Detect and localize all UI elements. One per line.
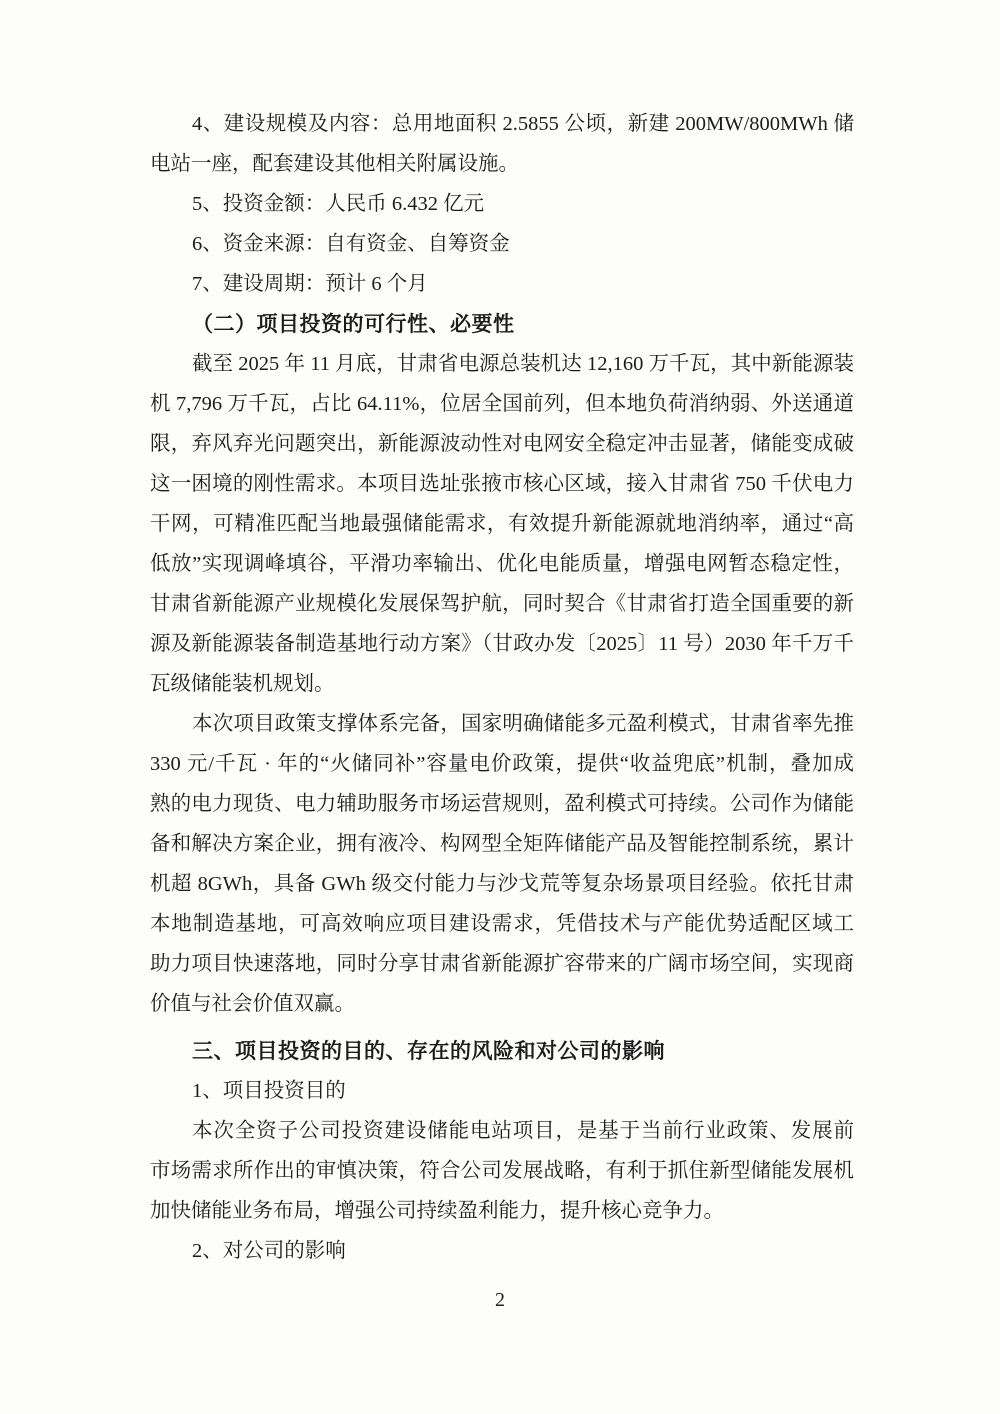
- page-number: 2: [0, 1286, 1000, 1314]
- text-line: 机超 8GWh，具备 GWh 级交付能力与沙戈荒等复杂场景项目经验。依托甘肃省: [150, 864, 854, 904]
- section-heading: 三、项目投资的目的、存在的风险和对公司的影响: [150, 1031, 854, 1071]
- text-line: 4、建设规模及内容：总用地面积 2.5855 公顷，新建 200MW/800MW…: [150, 104, 854, 144]
- text-line: 本地制造基地，可高效响应项目建设需求，凭借技术与产能优势适配区域工况，: [150, 904, 854, 944]
- text-line: 1、项目投资目的: [150, 1071, 854, 1111]
- text-line: 源及新能源装备制造基地行动方案》（甘政办发〔2025〕11 号）2030 年千万…: [150, 624, 854, 664]
- text-line: 330 元/千瓦 · 年的“火储同补”容量电价政策，提供“收益兜底”机制，叠加成: [150, 744, 854, 784]
- text-line: 5、投资金额：人民币 6.432 亿元: [150, 184, 854, 224]
- text-line: 瓦级储能装机规划。: [150, 664, 854, 704]
- text-line: 助力项目快速落地，同时分享甘肃省新能源扩容带来的广阔市场空间，实现商业: [150, 944, 854, 984]
- text-line: 这一困境的刚性需求。本项目选址张掖市核心区域，接入甘肃省 750 千伏电力主: [150, 464, 854, 504]
- text-line: 6、资金来源：自有资金、自筹资金: [150, 224, 854, 264]
- text-line: 2、对公司的影响: [150, 1231, 854, 1271]
- text-line: 加快储能业务布局，增强公司持续盈利能力，提升核心竞争力。: [150, 1191, 854, 1231]
- text-line: 熟的电力现货、电力辅助服务市场运营规则，盈利模式可持续。公司作为储能设: [150, 784, 854, 824]
- text-line: 电站一座，配套建设其他相关附属设施。: [150, 144, 854, 184]
- text-line: 本次全资子公司投资建设储能电站项目，是基于当前行业政策、发展前景、: [150, 1111, 854, 1151]
- section-heading: （二）项目投资的可行性、必要性: [150, 304, 854, 344]
- text-line: 甘肃省新能源产业规模化发展保驾护航，同时契合《甘肃省打造全国重要的新能: [150, 584, 854, 624]
- text-line: 本次项目政策支撑体系完备，国家明确储能多元盈利模式，甘肃省率先推出: [150, 704, 854, 744]
- document-page: 4、建设规模及内容：总用地面积 2.5855 公顷，新建 200MW/800MW…: [0, 0, 1000, 1414]
- text-line: 7、建设周期：预计 6 个月: [150, 264, 854, 304]
- text-line: 价值与社会价值双赢。: [150, 984, 854, 1024]
- text-line: 限，弃风弃光问题突出，新能源波动性对电网安全稳定冲击显著，储能变成破解: [150, 424, 854, 464]
- text-line: 市场需求所作出的审慎决策，符合公司发展战略，有利于抓住新型储能发展机遇，: [150, 1151, 854, 1191]
- text-line: 干网，可精准匹配当地最强储能需求，有效提升新能源就地消纳率，通过“高吸: [150, 504, 854, 544]
- text-line: 机 7,796 万千瓦，占比 64.11%，位居全国前列，但本地负荷消纳弱、外送…: [150, 384, 854, 424]
- text-line: 截至 2025 年 11 月底，甘肃省电源总装机达 12,160 万千瓦，其中新…: [150, 344, 854, 384]
- document-lines: 4、建设规模及内容：总用地面积 2.5855 公顷，新建 200MW/800MW…: [150, 104, 854, 1271]
- text-line: 备和解决方案企业，拥有液冷、构网型全矩阵储能产品及智能控制系统，累计装: [150, 824, 854, 864]
- text-line: 低放”实现调峰填谷，平滑功率输出、优化电能质量，增强电网暂态稳定性，为: [150, 544, 854, 584]
